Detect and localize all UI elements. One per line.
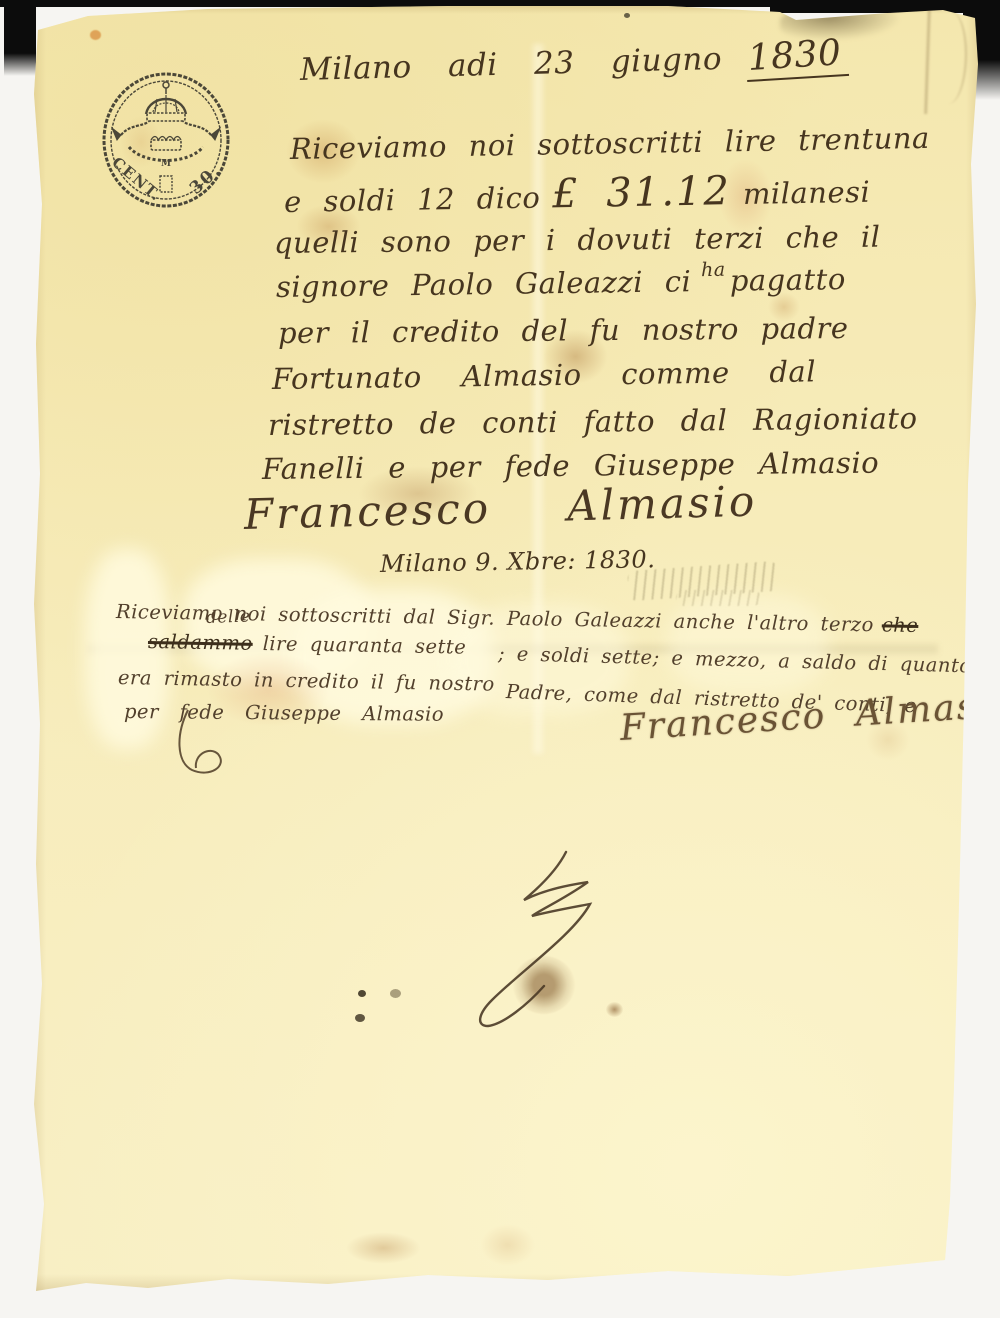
receipt1-line-5: per il credito del fu nostro padre: [278, 311, 849, 350]
pen-flourish-paraph: [460, 844, 620, 1044]
receipt1-line-2a: e soldi 12 dico: [284, 181, 541, 219]
header-year: 1830: [745, 32, 849, 82]
receipt1-line-2: e soldi 12 dico £ 31.12 milanesi: [284, 166, 871, 222]
pen-flourish-small: [158, 704, 298, 794]
stain: [90, 30, 101, 40]
receipt1-line-2c: milanesi: [743, 175, 871, 211]
header-place-date: Milano adi 23 giugno 1830: [299, 34, 848, 92]
receipt1-line-4b: pagatto: [730, 262, 846, 298]
receipt1-line-4: signore Paolo Galeazzi ci ha pagatto: [276, 262, 846, 304]
stain: [346, 1232, 421, 1264]
receipt2-line-2: saldammo lire quaranta sette: [148, 630, 467, 659]
receipt2-inserted-word: delle: [206, 606, 251, 628]
stain: [480, 1224, 535, 1266]
receipt1-line-6: Fortunato Almasio comme dal: [272, 354, 816, 396]
receipt1-line-8: Fanelli e per fede Giuseppe Almasio: [262, 446, 879, 486]
erased-writing-ghost: [676, 590, 761, 606]
ink-fleck: [355, 1014, 365, 1022]
corner-crumple: [933, 12, 967, 104]
receipt1-line-3: quelli sono per i dovuti terzi che il: [274, 220, 881, 260]
paper-edge-shade-left: [28, 4, 46, 1296]
receipt2-struck-word-1: che: [882, 613, 919, 637]
receipt1-line-1: Riceviamo noi sottoscritti lire trentuna: [290, 121, 930, 166]
receipt1-inserted-word: ha: [701, 259, 726, 281]
receipt2-line-3a: era rimasto in credito il fu nostro: [118, 666, 495, 696]
revenue-stamp: M CENT. 30.: [98, 68, 234, 212]
scanned-document: M CENT. 30. Milano adi 23 giugno 1830 Ri…: [0, 0, 1000, 1318]
svg-text:30.: 30.: [186, 160, 226, 199]
paper-edge-shade-right: [966, 4, 980, 1296]
document-paper: M CENT. 30. Milano adi 23 giugno 1830 Ri…: [28, 4, 980, 1296]
paper-edge-shade-bottom: [28, 1274, 980, 1296]
receipt1-line-4a: signore Paolo Galeazzi ci: [276, 264, 692, 304]
corner-crease-line: [924, 8, 931, 114]
header-place-text: Milano adi 23 giugno: [300, 41, 723, 88]
receipt2-line-2a: lire quaranta sette: [262, 632, 466, 659]
receipt1-line-7: ristretto de conti fatto dal Ragioniato: [268, 401, 918, 442]
receipt1-signature: Francesco Almasio: [243, 477, 757, 539]
stamp-monogram: M: [161, 159, 171, 169]
scan-background-top-left: [4, 0, 36, 76]
ink-fleck: [358, 990, 366, 997]
receipt1-amount: £ 31.12: [552, 168, 731, 217]
receipt2-struck-word-2: saldammo: [148, 630, 253, 655]
ink-fleck: [390, 989, 401, 998]
receipt1-dateline: Milano 9. Xbre: 1830.: [380, 545, 656, 578]
